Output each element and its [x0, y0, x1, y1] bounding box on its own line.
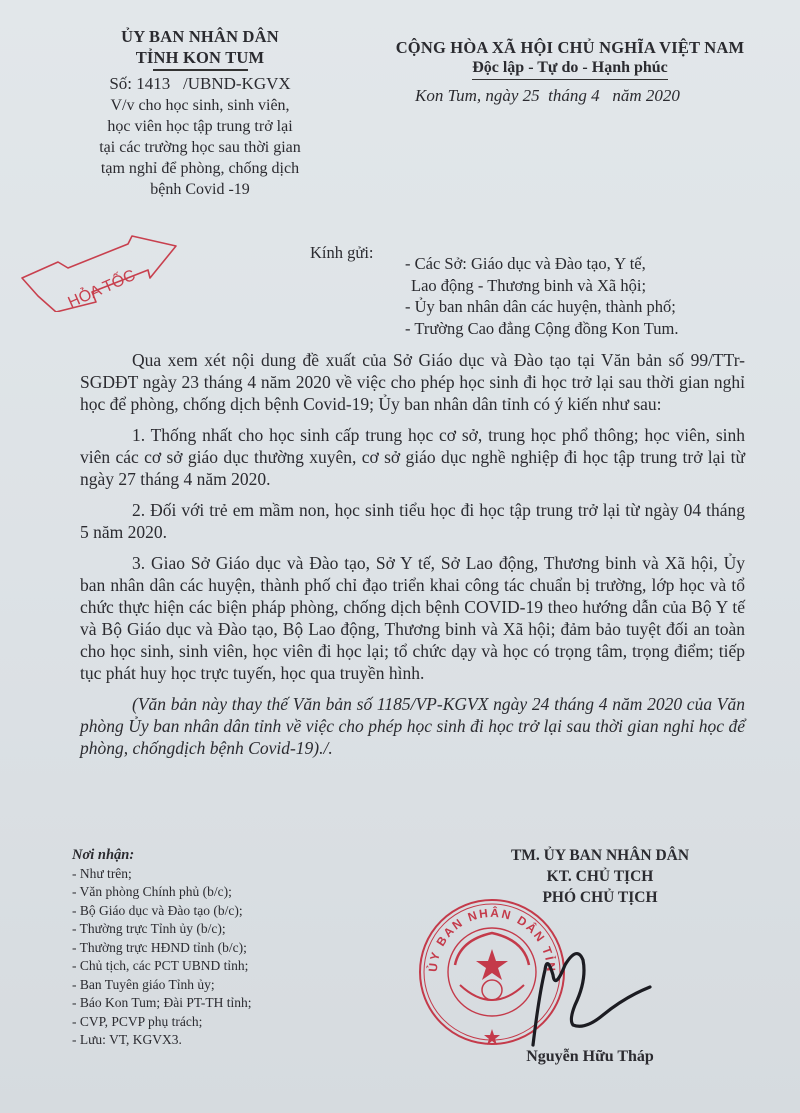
body-paragraph: 2. Đối với trẻ em mầm non, học sinh tiểu…: [80, 499, 745, 543]
signer-name: Nguyễn Hữu Tháp: [500, 1048, 680, 1066]
subject-line: tạm nghỉ để phòng, chống dịch: [70, 158, 330, 179]
sign-line1: TM. ỦY BAN NHÂN DÂN: [440, 845, 760, 866]
distribution-list: Nơi nhận: - Như trên; - Văn phòng Chính …: [72, 846, 252, 1050]
handwritten-signature-icon: [525, 935, 675, 1055]
subject-line: V/v cho học sinh, sinh viên,: [70, 95, 330, 116]
distribution-item: - Như trên;: [72, 865, 252, 884]
body-paragraph: 3. Giao Sở Giáo dục và Đào tạo, Sở Y tế,…: [80, 552, 745, 684]
distribution-item: - Chủ tịch, các PCT UBND tỉnh;: [72, 957, 252, 976]
distribution-item: - Lưu: VT, KGVX3.: [72, 1031, 252, 1050]
sign-line2: KT. CHỦ TỊCH: [440, 866, 760, 887]
issuer-org-line2: TỈNH KON TUM: [70, 47, 330, 68]
distribution-item: - Báo Kon Tum; Đài PT-TH tỉnh;: [72, 994, 252, 1013]
body-paragraph: Qua xem xét nội dung đề xuất của Sở Giáo…: [80, 349, 745, 415]
recipients-list: - Các Sở: Giáo dục và Đào tạo, Y tế, Lao…: [405, 253, 678, 339]
distribution-item: - Văn phòng Chính phủ (b/c);: [72, 883, 252, 902]
document-body: Qua xem xét nội dung đề xuất của Sở Giáo…: [80, 349, 745, 768]
subject-line: học viên học tập trung trở lại: [70, 116, 330, 137]
national-header: CỘNG HÒA XÃ HỘI CHỦ NGHĨA VIỆT NAM Độc l…: [345, 37, 795, 106]
place-date: Kon Tum, ngày 25 tháng 4 năm 2020: [345, 86, 795, 106]
urgent-arrow-stamp-icon: HỎA TỐC: [10, 232, 180, 312]
distribution-item: - CVP, PCVP phụ trách;: [72, 1013, 252, 1032]
distribution-item: - Bộ Giáo dục và Đào tạo (b/c);: [72, 902, 252, 921]
recipient-line: - Các Sở: Giáo dục và Đào tạo, Y tế,: [405, 253, 678, 275]
issuer-header: ỦY BAN NHÂN DÂN TỈNH KON TUM Số: 1413 /U…: [70, 26, 330, 200]
issuer-org-line1: ỦY BAN NHÂN DÂN: [70, 26, 330, 47]
nation-title: CỘNG HÒA XÃ HỘI CHỦ NGHĨA VIỆT NAM: [345, 37, 795, 58]
national-motto: Độc lập - Tự do - Hạnh phúc: [472, 58, 668, 80]
recipient-line: - Ủy ban nhân dân các huyện, thành phố;: [405, 296, 678, 318]
header-underline: [153, 69, 248, 71]
recipient-line: Lao động - Thương binh và Xã hội;: [405, 275, 678, 297]
subject-line: tại các trường học sau thời gian: [70, 137, 330, 158]
replacement-note: (Văn bản này thay thế Văn bản số 1185/VP…: [80, 693, 745, 759]
document-subject: V/v cho học sinh, sinh viên, học viên họ…: [70, 95, 330, 200]
subject-line: bệnh Covid -19: [70, 179, 330, 200]
document-page: ỦY BAN NHÂN DÂN TỈNH KON TUM Số: 1413 /U…: [0, 0, 800, 1113]
distribution-title: Nơi nhận:: [72, 846, 252, 865]
distribution-item: - Thường trực HĐND tỉnh (b/c);: [72, 939, 252, 958]
body-paragraph: 1. Thống nhất cho học sinh cấp trung học…: [80, 424, 745, 490]
recipients-label: Kính gửi:: [310, 243, 374, 263]
distribution-item: - Thường trực Tỉnh ủy (b/c);: [72, 920, 252, 939]
document-number: Số: 1413 /UBND-KGVX: [70, 73, 330, 95]
distribution-item: - Ban Tuyên giáo Tỉnh ủy;: [72, 976, 252, 995]
urgent-stamp-label: HỎA TỐC: [64, 264, 138, 311]
recipient-line: - Trường Cao đẳng Cộng đồng Kon Tum.: [405, 318, 678, 340]
